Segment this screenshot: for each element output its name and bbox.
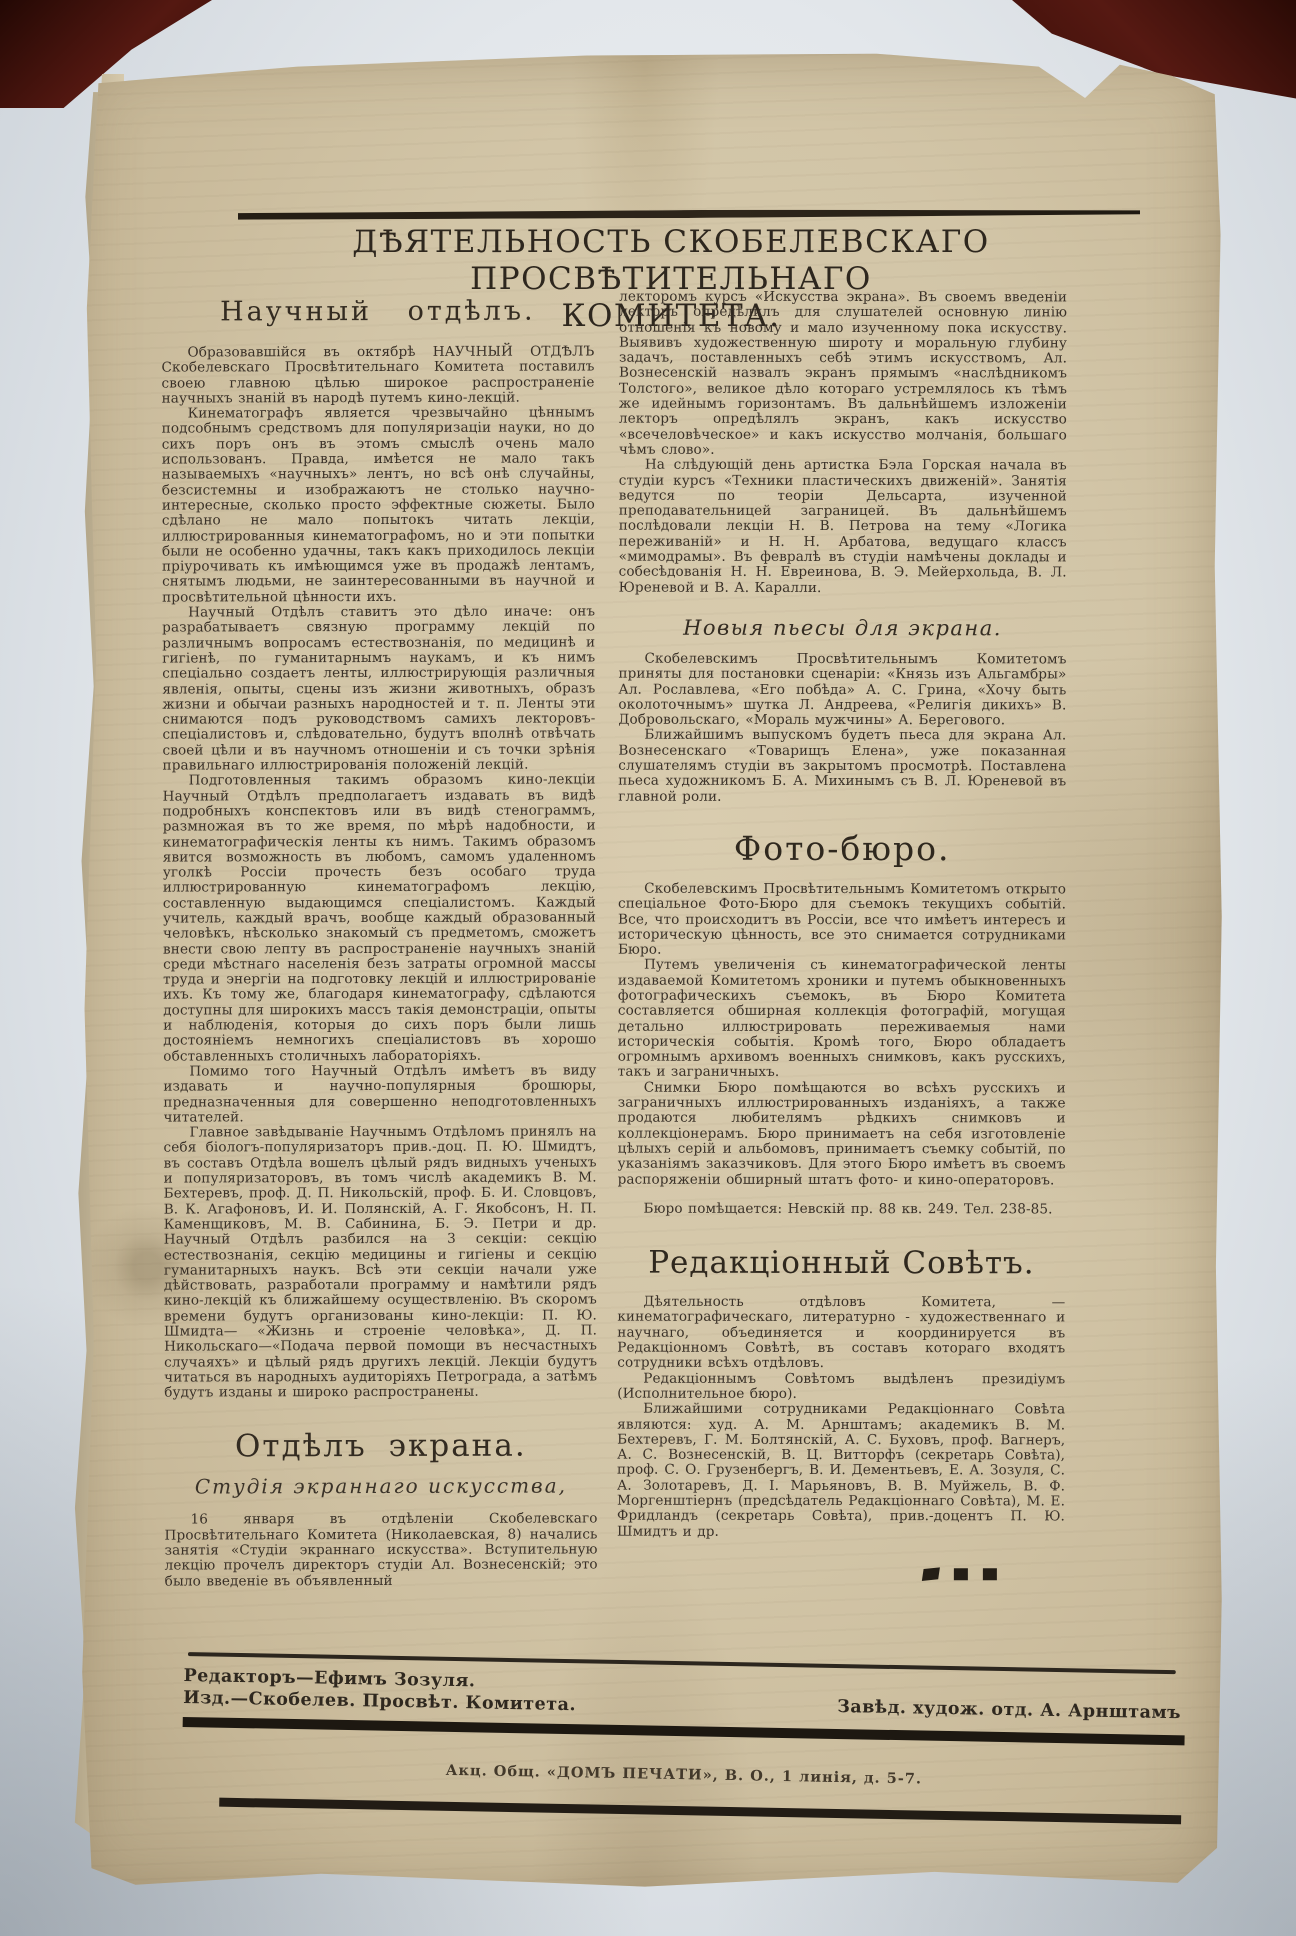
right-column: лекторомъ курсъ «Искусства экрана». Въ с… <box>617 290 1067 1581</box>
editorial-council-paragraph: Ближайшими сотрудниками Редакціоннаго Со… <box>617 1402 1065 1540</box>
ornament-square-icon <box>922 1567 940 1581</box>
science-paragraph: Помимо того Научный Отдѣлъ имѣетъ въ вид… <box>163 1063 596 1125</box>
screen-paragraph-continued: лекторомъ курсъ «Искусства экрана». Въ с… <box>619 290 1067 459</box>
ornament-square-icon <box>954 1568 968 1580</box>
page-footer: Редакторъ—Ефимъ Зозуля. Изд.—Скобелев. П… <box>181 1652 1188 1824</box>
printer-credit: Акц. Общ. «ДОМЪ ПЕЧАТИ», В. О., 1 линія,… <box>182 1757 1186 1792</box>
science-paragraph: Подготовленныя такимъ образомъ кино-лекц… <box>163 773 597 1065</box>
page-paper: ДѢЯТЕЛЬНОСТЬ СКОБЕЛЕВСКАГО ПРОСВѢТИТЕЛЬН… <box>66 50 1224 1894</box>
screen-paragraph: 16 января въ отдѣленіи Скобелевскаго Про… <box>164 1512 597 1590</box>
science-paragraph: Кинематографъ является чрезвычайно цѣнны… <box>162 406 596 606</box>
screen-section-heading: Отдѣлъ экрана. <box>164 1428 597 1465</box>
editorial-council-heading: Редакціонный Совѣтъ. <box>617 1245 1065 1282</box>
editorial-council-paragraph: Дѣятельность отдѣловъ Комитета, — кинема… <box>617 1295 1065 1372</box>
new-plays-heading: Новыя пьесы для экрана. <box>619 616 1067 641</box>
photo-bureau-heading: Фото-бюро. <box>618 829 1066 869</box>
photo-bureau-paragraph: Снимки Бюро помѣщаются во всѣхъ русскихъ… <box>618 1080 1066 1188</box>
new-plays-paragraph: Ближайшимъ выпускомъ будетъ пьеса для эк… <box>618 728 1066 805</box>
editor-credits: Редакторъ—Ефимъ Зозуля. Изд.—Скобелев. П… <box>183 1665 577 1716</box>
page-title-line1: ДѢЯТЕЛЬНОСТЬ СКОБЕЛЕВСКАГО ПРОСВѢТИТЕЛЬН… <box>196 224 1146 298</box>
footer-credits-row: Редакторъ—Ефимъ Зозуля. Изд.—Скобелев. П… <box>183 1665 1188 1727</box>
ornament-square-icon <box>983 1568 997 1580</box>
science-paragraph: Главное завѣдываніе Научнымъ Отдѣломъ пр… <box>163 1125 597 1401</box>
science-section-heading: Научный отдѣлъ. <box>161 295 594 327</box>
screen-section-subheading: Студія экраннаго искусства, <box>164 1474 597 1499</box>
photo-bureau-address: Бюро помѣщается: Невскій пр. 88 кв. 249.… <box>618 1201 1066 1217</box>
photo-bureau-paragraph: Путемъ увеличенія съ кинематографической… <box>618 958 1066 1081</box>
science-paragraph: Образовавшійся въ октябрѣ НАУЧНЫЙ ОТДѢЛЪ… <box>161 344 594 406</box>
left-column: Научный отдѣлъ. Образовавшійся въ октябр… <box>161 295 597 1589</box>
title-rule <box>238 208 1140 220</box>
photo-bureau-paragraph: Скобелевскимъ Просвѣтительнымъ Комитетом… <box>618 882 1066 959</box>
art-dept-credit: Завѣд. худож. отд. А. Арнштамъ <box>837 1697 1187 1723</box>
photo-background: ДѢЯТЕЛЬНОСТЬ СКОБЕЛЕВСКАГО ПРОСВѢТИТЕЛЬН… <box>0 0 1296 1936</box>
screen-paragraph: На слѣдующій день артистка Бэла Горская … <box>619 458 1067 596</box>
science-paragraph: Научный Отдѣлъ ставитъ это дѣло иначе: о… <box>162 604 595 773</box>
three-squares-ornament <box>617 1567 1065 1580</box>
footer-rule-bottom <box>219 1798 1181 1825</box>
new-plays-paragraph: Скобелевскимъ Просвѣтительнымъ Комитетом… <box>618 652 1066 729</box>
editorial-council-paragraph: Редакціоннымъ Совѣтомъ выдѣленъ президіу… <box>617 1371 1065 1402</box>
